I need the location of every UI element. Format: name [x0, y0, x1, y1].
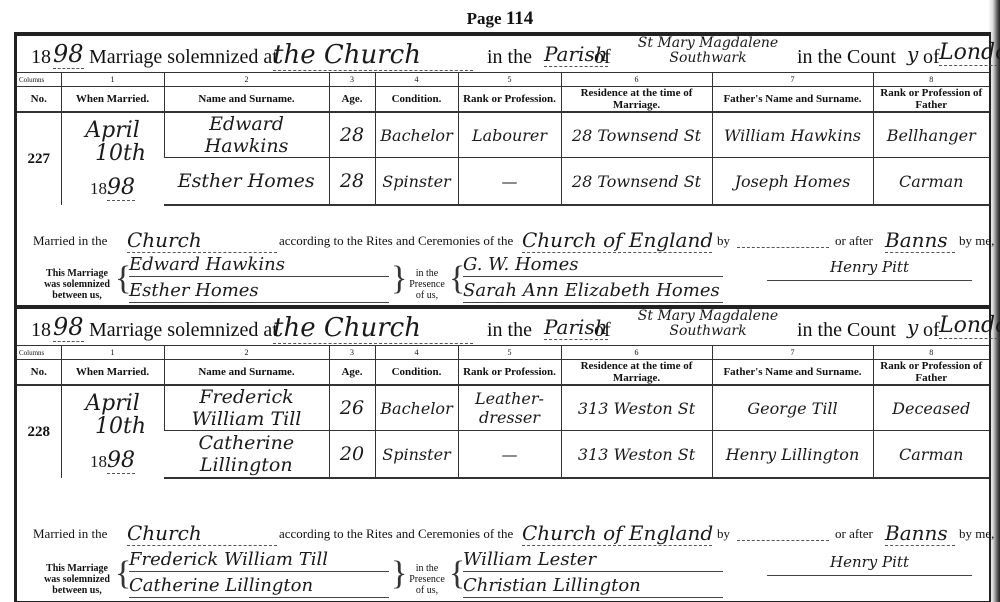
- groom-profession: Labourer: [458, 112, 561, 158]
- day: 10th: [62, 415, 164, 438]
- county-value: London: [939, 40, 1000, 66]
- in-the-label: in the: [487, 46, 532, 69]
- of-label: of: [594, 46, 611, 69]
- bride-age: 20: [329, 431, 375, 479]
- column-number: 8: [873, 73, 989, 87]
- in-the-label: in the: [487, 319, 532, 342]
- column-header: Rank or Profession.: [458, 87, 561, 113]
- after-value: Banns: [885, 521, 955, 546]
- presence-label: in thePresenceof us,: [405, 563, 449, 596]
- register-table: Columns 12345678 No.When Married.Name an…: [17, 345, 989, 479]
- by-me-label: by me,: [959, 526, 994, 542]
- when-married: April 10th 1898: [61, 112, 164, 205]
- column-header: Condition.: [375, 87, 458, 113]
- officiant-signature: Henry Pitt: [767, 553, 972, 576]
- month: April: [62, 119, 164, 142]
- page-title: Page 114: [0, 8, 1000, 30]
- rites-value: Church of England: [522, 521, 712, 546]
- bride-residence: 28 Townsend St: [561, 158, 712, 206]
- year-suffix: 98: [107, 175, 135, 201]
- year-suffix: 98: [53, 313, 84, 342]
- column-header: No.: [17, 360, 61, 386]
- by-me-label: by me,: [959, 233, 994, 249]
- by-label: by: [717, 526, 730, 542]
- place-value: the Church: [273, 313, 473, 344]
- bride-name: Catherine Lillington: [164, 431, 329, 479]
- column-header: Age.: [329, 87, 375, 113]
- column-header: Residence at the time of Marriage.: [561, 87, 712, 113]
- groom-name: Edward Hawkins: [164, 112, 329, 158]
- groom-father-name: George Till: [712, 385, 873, 431]
- groom-age: 26: [329, 385, 375, 431]
- rites-value: Church of England: [522, 228, 712, 253]
- county-suffix: y: [907, 315, 918, 339]
- parish-value: St Mary Magdalene Southwark: [623, 309, 793, 339]
- entry-heading: 18 98 Marriage solemnized at the Church …: [17, 309, 989, 347]
- after-value: Banns: [885, 228, 955, 253]
- entry-number: 228: [17, 385, 61, 478]
- parish-value: St Mary Magdalene Southwark: [623, 36, 793, 66]
- column-header: Father's Name and Surname.: [712, 360, 873, 386]
- groom-father-name: William Hawkins: [712, 112, 873, 158]
- year-suffix: 98: [53, 40, 84, 69]
- column-number: 2: [164, 346, 329, 360]
- column-header: When Married.: [61, 87, 164, 113]
- column-number: 6: [561, 346, 712, 360]
- page-number: 114: [506, 8, 533, 29]
- page-label: Page: [467, 9, 502, 28]
- married-in-value: Church: [127, 521, 277, 546]
- column-number: 6: [561, 73, 712, 87]
- bride-condition: Spinster: [375, 431, 458, 479]
- county-value: London: [939, 313, 1000, 339]
- column-number: 2: [164, 73, 329, 87]
- column-header: No.: [17, 87, 61, 113]
- bride-father-name: Joseph Homes: [712, 158, 873, 206]
- bride-name: Esther Homes: [164, 158, 329, 206]
- married-in-label: Married in the: [33, 233, 107, 249]
- by-value: [737, 526, 829, 541]
- column-number: 5: [458, 73, 561, 87]
- groom-father-profession: Deceased: [873, 385, 989, 431]
- column-number: 5: [458, 346, 561, 360]
- bride-condition: Spinster: [375, 158, 458, 206]
- columns-label: Columns: [17, 73, 61, 87]
- by-value: [737, 233, 829, 248]
- column-number: 8: [873, 346, 989, 360]
- between-us-label: This Marriagewas solemnizedbetween us,: [37, 563, 117, 596]
- groom-age: 28: [329, 112, 375, 158]
- officiant-signature: Henry Pitt: [767, 258, 972, 281]
- column-number: 7: [712, 73, 873, 87]
- column-header: When Married.: [61, 360, 164, 386]
- when-married: April 10th 1898: [61, 385, 164, 478]
- bride-residence: 313 Weston St: [561, 431, 712, 479]
- column-header: Name and Surname.: [164, 87, 329, 113]
- bride-father-profession: Carman: [873, 158, 989, 206]
- column-header: Father's Name and Surname.: [712, 87, 873, 113]
- witness-2-signature: Christian Lillington: [463, 575, 723, 598]
- column-header: Rank or Profession of Father: [873, 360, 989, 386]
- year-prefix: 18: [31, 319, 51, 342]
- column-number: 3: [329, 73, 375, 87]
- groom-condition: Bachelor: [375, 112, 458, 158]
- county-label: in the Count: [797, 319, 896, 342]
- register-table: Columns 12345678 No.When Married.Name an…: [17, 72, 989, 206]
- according-label: according to the Rites and Ceremonies of…: [279, 233, 513, 249]
- column-header: Rank or Profession of Father: [873, 87, 989, 113]
- groom-signature: Edward Hawkins: [129, 254, 389, 277]
- solemnized-label: Marriage solemnized at: [89, 46, 278, 69]
- year-suffix: 98: [107, 448, 135, 474]
- married-in-value: Church: [127, 228, 277, 253]
- or-after-label: or after: [835, 233, 873, 249]
- column-number: 7: [712, 346, 873, 360]
- witness-1-signature: William Lester: [463, 549, 723, 572]
- column-header: Age.: [329, 360, 375, 386]
- entry-heading: 18 98 Marriage solemnized at the Church …: [17, 36, 989, 74]
- month: April: [62, 392, 164, 415]
- married-in-label: Married in the: [33, 526, 107, 542]
- bride-age: 28: [329, 158, 375, 206]
- column-number: 4: [375, 346, 458, 360]
- or-after-label: or after: [835, 526, 873, 542]
- according-label: according to the Rites and Ceremonies of…: [279, 526, 513, 542]
- of-label: of: [594, 319, 611, 342]
- columns-label: Columns: [17, 346, 61, 360]
- county-label: in the Count: [797, 46, 896, 69]
- county-of-label: of: [923, 319, 940, 342]
- groom-condition: Bachelor: [375, 385, 458, 431]
- column-header: Residence at the time of Marriage.: [561, 360, 712, 386]
- bride-profession: —: [458, 158, 561, 206]
- day: 10th: [62, 142, 164, 165]
- marriage-entry: 18 98 Marriage solemnized at the Church …: [14, 32, 991, 306]
- column-number: 3: [329, 346, 375, 360]
- column-header: Condition.: [375, 360, 458, 386]
- bride-profession: —: [458, 431, 561, 479]
- entry-number: 227: [17, 112, 61, 205]
- marriage-entry: 18 98 Marriage solemnized at the Church …: [14, 305, 991, 602]
- bride-signature: Catherine Lillington: [129, 575, 389, 598]
- witness-1-signature: G. W. Homes: [463, 254, 723, 277]
- column-number: 4: [375, 73, 458, 87]
- column-number: 1: [61, 346, 164, 360]
- groom-signature: Frederick William Till: [129, 549, 389, 572]
- groom-residence: 28 Townsend St: [561, 112, 712, 158]
- bride-signature: Esther Homes: [129, 280, 389, 303]
- county-of-label: of: [923, 46, 940, 69]
- groom-residence: 313 Weston St: [561, 385, 712, 431]
- column-header: Rank or Profession.: [458, 360, 561, 386]
- county-suffix: y: [907, 42, 918, 66]
- place-value: the Church: [273, 40, 473, 71]
- witness-2-signature: Sarah Ann Elizabeth Homes: [463, 280, 723, 303]
- solemnized-label: Marriage solemnized at: [89, 319, 278, 342]
- year-prefix: 18: [31, 46, 51, 69]
- by-label: by: [717, 233, 730, 249]
- bride-father-name: Henry Lillington: [712, 431, 873, 479]
- presence-label: in thePresenceof us,: [405, 268, 449, 301]
- column-header: Name and Surname.: [164, 360, 329, 386]
- groom-profession: Leather-dresser: [458, 385, 561, 431]
- between-us-label: This Marriagewas solemnizedbetween us,: [37, 268, 117, 301]
- groom-name: Frederick William Till: [164, 385, 329, 431]
- groom-father-profession: Bellhanger: [873, 112, 989, 158]
- bride-father-profession: Carman: [873, 431, 989, 479]
- year-prefix: 18: [90, 179, 107, 198]
- column-number: 1: [61, 73, 164, 87]
- year-prefix: 18: [90, 452, 107, 471]
